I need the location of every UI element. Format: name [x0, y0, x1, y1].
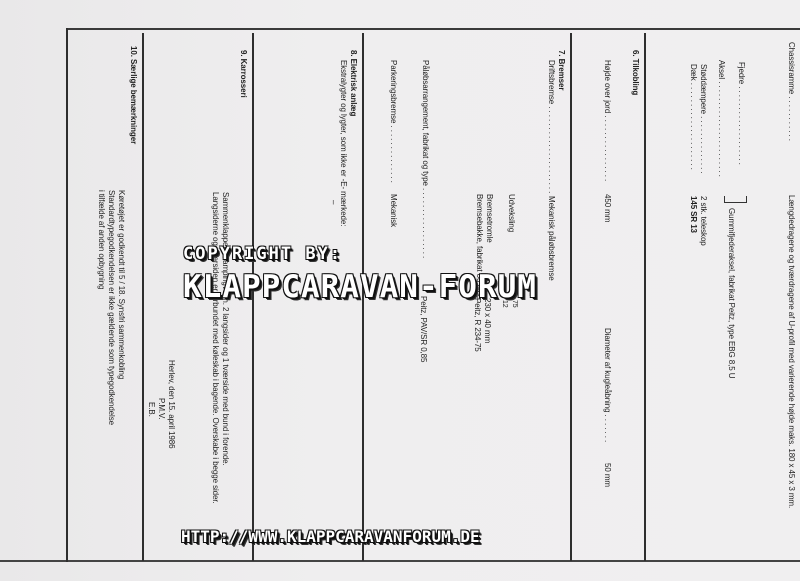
aksel-label: Aksel . . . . . . . . . . . . . . . . . … [717, 60, 726, 177]
section8-text: Ekstralygter og lygter, som ikke er -E- … [339, 60, 348, 226]
diameter-value-text: 50 mm [603, 463, 612, 487]
bremsetromle-label: Bremsetromle [485, 194, 494, 243]
section6-heading: 6. Tilkobling [631, 50, 640, 95]
driftsbremse-value-text: Mekanisk påløbsbremse [547, 196, 556, 281]
chassis-label: Chassisramme . . . . . . . . . . . [787, 42, 796, 141]
column-divider-section6-right [570, 33, 572, 561]
signature-initials-1: P.M.V. [157, 398, 166, 420]
chassis-label-text: Chassisramme [787, 42, 796, 94]
bremsebakke-value-text: Peitz, R 234-75 [473, 298, 482, 352]
daek-label: Dæk . . . . . . . . . . . . . . . . . . … [689, 64, 698, 170]
driftsbremse-value: Mekanisk påløbsbremse [547, 196, 556, 281]
signature-initials-1-text: P.M.V. [157, 398, 166, 420]
paaloeb-label-text: Påløbsarrangement, fabrikat og type [421, 60, 430, 186]
section8-heading-text: 8. Elektrisk anlæg [349, 50, 358, 116]
diameter-label-text: Diameter af kugleåbning [603, 328, 612, 412]
signature-initials-2-text: E.B. [147, 402, 156, 417]
diameter-value: 50 mm [603, 463, 612, 487]
signature-place-date-text: Herlev, den 15. april 1986 [167, 360, 176, 448]
section8-heading: 8. Elektrisk anlæg [349, 50, 358, 116]
hoejde-label-text: Højde over jord [603, 60, 612, 113]
section9-line2-text: Langsiderne og tværsiden er forbundet me… [211, 192, 220, 504]
section10-heading-text: 10. Særlige bemærkninger [129, 46, 138, 144]
section7-heading: 7. Bremser [557, 50, 566, 90]
chassis-value: Længdedragene og tværdragene af U-profil… [787, 195, 796, 508]
stoddaempere-label-text: Støddæmpere [699, 64, 708, 114]
watermark-name: KLAPPCARAVAN-FORUM [183, 269, 537, 305]
section9-heading: 9. Karrosseri [239, 50, 248, 98]
daek-value: 145 SR 13 [689, 196, 698, 233]
stoddaempere-value: 2 stk. teleskop [699, 196, 708, 246]
parkering-label-text: Parkeringsbremse [389, 60, 398, 123]
chassis-value-text: Længdedragene og tværdragene af U-profil… [787, 195, 796, 508]
section8-value: – [329, 200, 338, 204]
udveksling-label: Udveksling [507, 194, 516, 232]
column-divider-section6 [644, 33, 646, 561]
hoejde-value: 450 mm [603, 194, 612, 222]
fjedre-label: Fjedre . . . . . . . . . . . . . . . . .… [737, 62, 746, 165]
paaloeb-value: Peitz, PAV/SR 0,85 [419, 296, 428, 362]
udveksling-label-text: Udveksling [507, 194, 516, 232]
section7-heading-text: 7. Bremser [557, 50, 566, 90]
hoejde-value-text: 450 mm [603, 194, 612, 222]
stoddaempere-value-text: 2 stk. teleskop [699, 196, 708, 246]
fjedre-label-text: Fjedre [737, 62, 746, 84]
daek-label-text: Dæk [689, 64, 698, 81]
stoddaempere-label: Støddæmpere . . . . . . . . . . . . . . [699, 64, 708, 173]
fjedre-aksel-value-text: Gummifjederaksel, fabrikat Peitz, type E… [727, 208, 736, 378]
fjedre-aksel-value: Gummifjederaksel, fabrikat Peitz, type E… [727, 208, 736, 378]
aksel-label-text: Aksel [717, 60, 726, 79]
bremsebakke-value: Peitz, R 234-75 [473, 298, 482, 352]
section10-line1: Køretøjet er godkendt til 5 / 18. Synsfr… [117, 190, 126, 379]
section10-line1-text: Køretøjet er godkendt til 5 / 18. Synsfr… [117, 190, 126, 379]
hoejde-label: Højde over jord . . . . . . . . . . . . … [603, 60, 612, 181]
signature-place-date: Herlev, den 15. april 1986 [167, 360, 176, 448]
section9-line1: Sammenklappelig campingvogn. 2 langsider… [221, 192, 230, 466]
table-top-border [68, 28, 800, 30]
table-bottom-border [0, 560, 800, 562]
section10-line2: Standardtypegodkendelsen er ikke gældend… [107, 190, 116, 425]
table-left-border [66, 28, 68, 562]
section10-line2-text: Standardtypegodkendelsen er ikke gældend… [107, 190, 116, 425]
signature-initials-2: E.B. [147, 402, 156, 417]
diameter-label: Diameter af kugleåbning . . . . . . . [603, 328, 612, 442]
section6-heading-text: 6. Tilkobling [631, 50, 640, 95]
parkering-value: Mekanisk [389, 194, 398, 227]
parkering-value-text: Mekanisk [389, 194, 398, 227]
paaloeb-value-text: Peitz, PAV/SR 0,85 [419, 296, 428, 362]
section10-line3-text: i tilfælde af anden opbygning [97, 190, 106, 289]
column-divider-section9-10 [142, 33, 144, 561]
watermark-copyright: COPYRIGHT BY: [183, 244, 342, 264]
driftsbremse-label: Driftsbremse . . . . . . . . . . . . . .… [547, 60, 556, 193]
section8-text-value: Ekstralygter og lygter, som ikke er -E- … [339, 60, 348, 226]
section10-heading: 10. Særlige bemærkninger [129, 46, 138, 144]
section9-line2: Langsiderne og tværsiden er forbundet me… [211, 192, 220, 504]
watermark-url: HTTP://WWW.KLAPPCARAVANFORUM.DE [181, 527, 480, 546]
section10-line3: i tilfælde af anden opbygning [97, 190, 106, 289]
suspension-bracket [724, 196, 747, 203]
paaloeb-label: Påløbsarrangement, fabrikat og type . . … [421, 60, 430, 258]
section9-heading-text: 9. Karrosseri [239, 50, 248, 98]
parkering-label: Parkeringsbremse . . . . . . . . . . . .… [389, 60, 398, 183]
bremsetromle-label-text: Bremsetromle [485, 194, 494, 243]
section8-value-text: – [329, 200, 338, 204]
driftsbremse-label-text: Driftsbremse [547, 60, 556, 104]
daek-value-text: 145 SR 13 [689, 196, 698, 233]
section9-line1-text: Sammenklappelig campingvogn. 2 langsider… [221, 192, 230, 466]
